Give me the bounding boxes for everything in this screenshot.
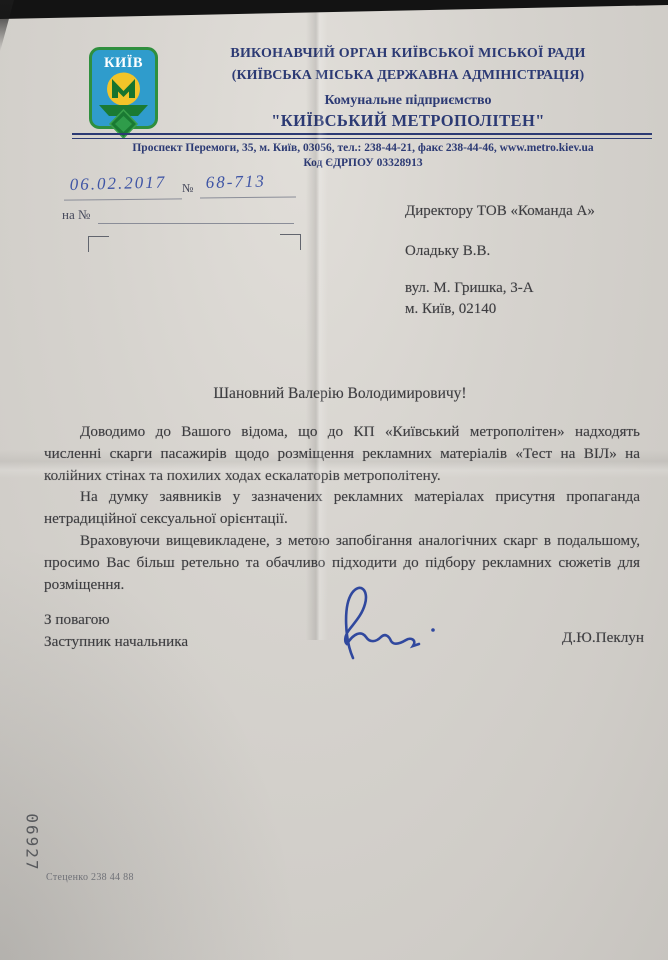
recipient-street: вул. М. Гришка, 3-А <box>405 280 534 297</box>
signer-title: Заступник начальника <box>44 633 188 651</box>
org-name-line1: ВИКОНАВЧИЙ ОРГАН КИЇВСЬКОЇ МІСЬКОЇ РАДИ <box>172 46 644 62</box>
logo-city-text: КИЇВ <box>104 55 143 71</box>
enterprise-name: "КИЇВСЬКИЙ МЕТРОПОЛІТЕН" <box>172 111 644 131</box>
letterhead-edrpou: Код ЄДРПОУ 03328913 <box>80 157 646 169</box>
address-corner-mark-left <box>88 236 109 252</box>
org-name-line2: (КИЇВСЬКА МІСЬКА ДЕРЖАВНА АДМІНІСТРАЦІЯ) <box>172 68 644 84</box>
signer-name: Д.Ю.Пеклун <box>440 629 644 647</box>
handwritten-date: 06.02.2017 <box>69 172 166 195</box>
salutation: Шановний Валерію Володимировичу! <box>120 385 560 403</box>
corner-shadow <box>0 540 300 960</box>
reply-number-blank-line <box>98 222 294 224</box>
enterprise-type: Комунальне підприємство <box>172 93 644 109</box>
kyiv-metro-logo-icon: КИЇВ <box>88 46 162 142</box>
letterhead-divider <box>72 133 652 139</box>
recipient-city: м. Київ, 02140 <box>405 301 496 318</box>
letter-body: Доводимо до Вашого відома, що до КП «Киї… <box>44 421 640 595</box>
handwritten-signature <box>333 580 453 668</box>
number-sign: № <box>182 181 193 196</box>
handwritten-outgoing-number: 68-713 <box>205 171 266 193</box>
body-paragraph-2: На думку заявників у зазначених рекламни… <box>44 486 640 530</box>
recipient-position: Директору ТОВ «Команда А» <box>405 203 595 220</box>
body-paragraph-1: Доводимо до Вашого відома, що до КП «Киї… <box>44 421 640 486</box>
reply-to-number-label: на № <box>62 207 90 223</box>
scanned-letter-page: КИЇВ ВИКОНАВЧИЙ ОРГАН КИЇВСЬКОЇ МІСЬКОЇ … <box>0 0 668 960</box>
number-blank-line <box>200 195 296 198</box>
vertical-stamp-number: 06927 <box>23 803 42 883</box>
executor-contact: Стеценко 238 44 88 <box>46 872 134 883</box>
recipient-name: Оладьку В.В. <box>405 243 490 260</box>
date-blank-line <box>64 197 182 200</box>
closing-phrase: З повагою <box>44 611 110 629</box>
letterhead-address: Проспект Перемоги, 35, м. Київ, 03056, т… <box>80 142 646 154</box>
address-corner-mark-right <box>280 234 301 250</box>
